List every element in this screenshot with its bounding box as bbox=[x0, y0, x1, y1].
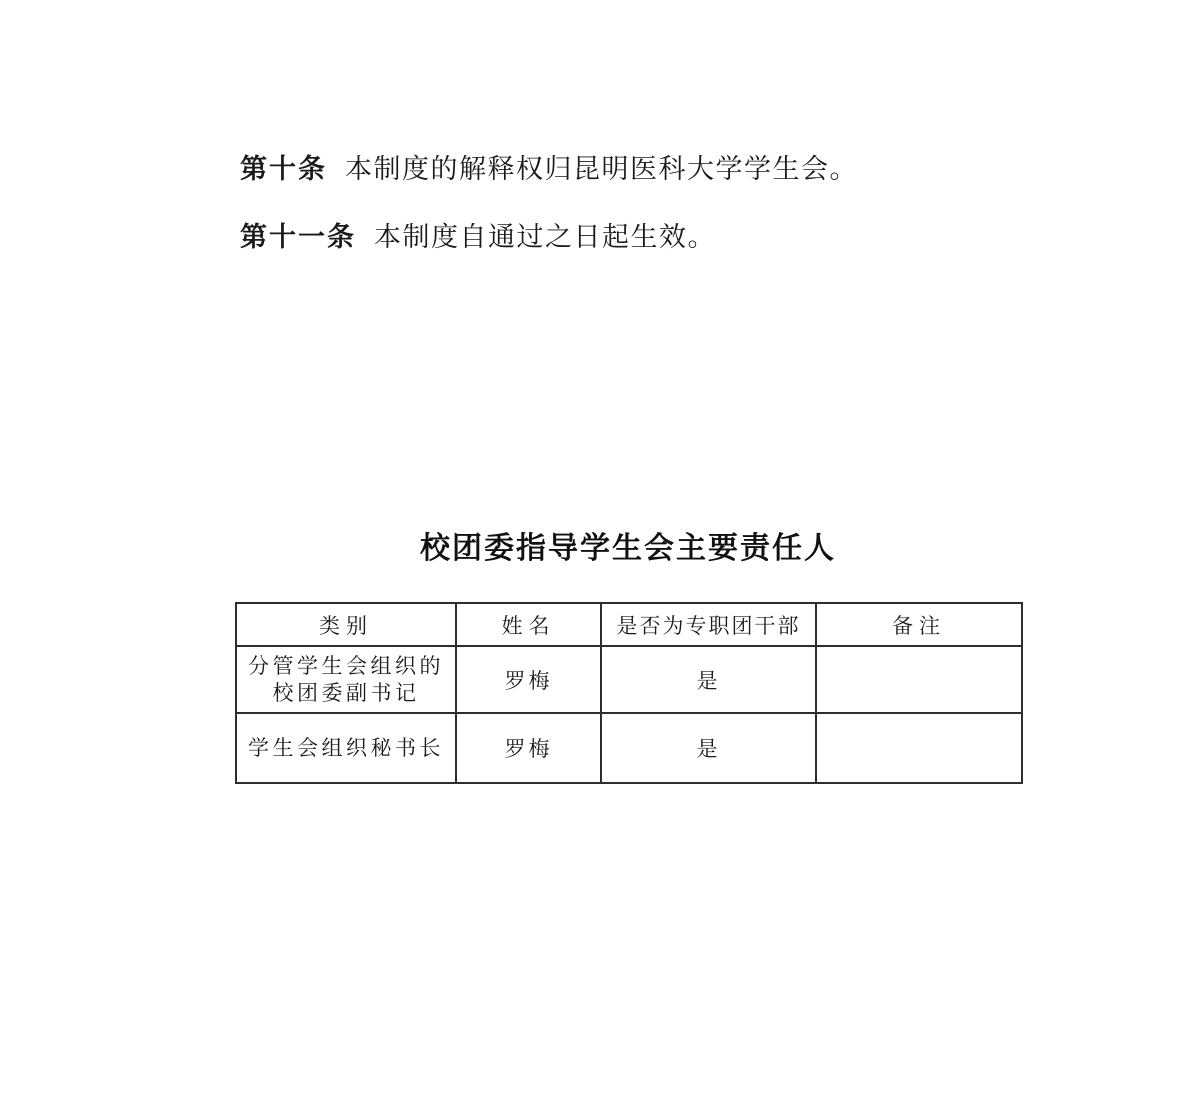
cell-category: 学生会组织秘书长 bbox=[236, 713, 456, 783]
header-name: 姓名 bbox=[456, 603, 601, 646]
cell-category: 分管学生会组织的 校团委副书记 bbox=[236, 646, 456, 713]
table-row: 学生会组织秘书长 罗梅 是 bbox=[236, 713, 1022, 783]
table-header-row: 类别 姓名 是否为专职团干部 备注 bbox=[236, 603, 1022, 646]
table-title: 校团委指导学生会主要责任人 bbox=[235, 529, 1021, 569]
cell-remark bbox=[816, 713, 1022, 783]
header-full-time-cadre: 是否为专职团干部 bbox=[601, 603, 816, 646]
clause-article-10-text: 本制度的解释权归昆明医科大学学生会。 bbox=[345, 154, 858, 184]
cell-remark bbox=[816, 646, 1022, 713]
header-remark: 备注 bbox=[816, 603, 1022, 646]
cell-name: 罗梅 bbox=[456, 713, 601, 783]
clause-article-10: 第十条本制度的解释权归昆明医科大学学生会。 bbox=[240, 152, 1000, 186]
table-row: 分管学生会组织的 校团委副书记 罗梅 是 bbox=[236, 646, 1022, 713]
clause-article-11-label: 第十一条 bbox=[240, 222, 356, 252]
cell-full-time-cadre: 是 bbox=[601, 713, 816, 783]
cell-category-text: 分管学生会组织的 校团委副书记 bbox=[248, 653, 444, 707]
clause-article-10-label: 第十条 bbox=[240, 154, 327, 184]
cell-category-text: 学生会组织秘书长 bbox=[248, 735, 444, 762]
clause-article-11-text: 本制度自通过之日起生效。 bbox=[374, 222, 716, 252]
header-category: 类别 bbox=[236, 603, 456, 646]
responsible-persons-table: 类别 姓名 是否为专职团干部 备注 分管学生会组织的 校团委副书记 罗梅 是 学… bbox=[235, 602, 1023, 784]
cell-name: 罗梅 bbox=[456, 646, 601, 713]
document-page: 第十条本制度的解释权归昆明医科大学学生会。 第十一条本制度自通过之日起生效。 校… bbox=[0, 0, 1180, 1118]
clause-article-11: 第十一条本制度自通过之日起生效。 bbox=[240, 220, 1000, 254]
cell-full-time-cadre: 是 bbox=[601, 646, 816, 713]
